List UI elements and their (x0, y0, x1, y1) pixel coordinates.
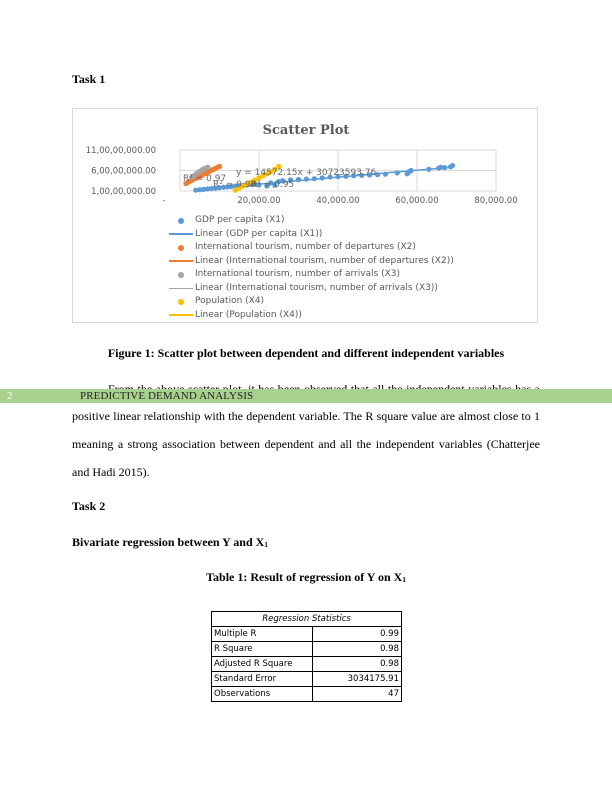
legend-label: Linear (GDP per capita (X1)) (195, 228, 322, 242)
legend-label: International tourism, number of arrival… (195, 268, 400, 282)
x-tick-label: 80,000.00 (474, 196, 517, 206)
legend-item: GDP per capita (X1) (169, 214, 454, 228)
x-tick-label: - (162, 196, 165, 206)
table-row: Adjusted R Square0.98 (212, 657, 402, 672)
data-point (395, 170, 400, 175)
task1-heading: Task 1 (72, 72, 105, 87)
table-row: Multiple R0.99 (212, 627, 402, 642)
line-swatch-icon (169, 309, 193, 322)
figure-caption: Figure 1: Scatter plot between dependent… (0, 346, 612, 361)
running-head: PREDICTIVE DEMAND ANALYSIS (80, 389, 253, 403)
stat-label: Standard Error (212, 672, 313, 687)
paragraph-line-3: meaning a strong association between dep… (72, 437, 540, 452)
stat-value: 0.98 (313, 642, 402, 657)
stat-label: Adjusted R Square (212, 657, 313, 672)
stat-value: 0.98 (313, 657, 402, 672)
table-row: Observations47 (212, 687, 402, 702)
y-tick-label: 1,00,00,000.00 (91, 187, 156, 197)
data-point (426, 167, 431, 172)
trendline-equation-label: R² = 0.95 (251, 180, 294, 190)
table-row: R Square0.98 (212, 642, 402, 657)
line-swatch-icon (169, 282, 193, 295)
legend-label: International tourism, number of departu… (195, 241, 416, 255)
chart-plot-area: Scatter Plot-20,000.0040,000.0060,000.00… (73, 109, 539, 209)
data-point (383, 172, 388, 177)
stat-label: Observations (212, 687, 313, 702)
stat-value: 47 (313, 687, 402, 702)
paragraph-line-4: and Hadi 2015). (72, 465, 540, 480)
marker-swatch-icon (169, 268, 193, 281)
table-title: Regression Statistics (212, 612, 402, 627)
line-swatch-icon (169, 228, 193, 241)
legend-label: Population (X4) (195, 295, 264, 309)
data-point (408, 168, 413, 173)
x-tick-label: 40,000.00 (316, 196, 359, 206)
legend-label: Linear (Population (X4)) (195, 309, 302, 323)
stat-label: Multiple R (212, 627, 313, 642)
legend-item: Population (X4) (169, 295, 454, 309)
data-point (450, 163, 455, 168)
x-tick-label: 20,000.00 (237, 196, 280, 206)
stat-value: 0.99 (313, 627, 402, 642)
stat-label: R Square (212, 642, 313, 657)
data-point (442, 165, 447, 170)
marker-swatch-icon (169, 241, 193, 254)
legend-label: Linear (International tourism, number of… (195, 255, 454, 269)
table-row: Standard Error3034175.91 (212, 672, 402, 687)
chart-legend: GDP per capita (X1)Linear (GDP per capit… (169, 214, 454, 322)
table-caption: Table 1: Result of regression of Y on X1 (0, 570, 612, 585)
marker-swatch-icon (169, 214, 193, 227)
page-number: 2 (7, 389, 13, 403)
y-tick-label: 11,00,00,000.00 (86, 146, 156, 156)
bivariate-heading: Bivariate regression between Y and X1 (72, 535, 268, 550)
data-point (205, 165, 210, 170)
legend-item: International tourism, number of arrival… (169, 268, 454, 282)
paragraph-line-2: positive linear relationship with the de… (72, 409, 540, 424)
legend-label: GDP per capita (X1) (195, 214, 285, 228)
trendline-equation-label: R² = 0.98 (213, 180, 256, 190)
marker-swatch-icon (169, 295, 193, 308)
legend-label: Linear (International tourism, number of… (195, 282, 438, 296)
legend-item: Linear (GDP per capita (X1)) (169, 228, 454, 242)
legend-item: Linear (International tourism, number of… (169, 282, 454, 296)
data-point (217, 164, 222, 169)
chart-title: Scatter Plot (263, 123, 350, 138)
table-title-row: Regression Statistics (212, 612, 402, 627)
legend-item: Linear (International tourism, number of… (169, 255, 454, 269)
line-swatch-icon (169, 255, 193, 268)
x-tick-label: 60,000.00 (395, 196, 438, 206)
scatter-chart: Scatter Plot-20,000.0040,000.0060,000.00… (72, 108, 538, 323)
task2-heading: Task 2 (72, 499, 105, 514)
y-tick-label: 6,00,00,000.00 (91, 167, 156, 177)
legend-item: International tourism, number of departu… (169, 241, 454, 255)
regression-statistics-table: Regression Statistics Multiple R0.99R Sq… (211, 611, 402, 702)
stat-value: 3034175.91 (313, 672, 402, 687)
legend-item: Linear (Population (X4)) (169, 309, 454, 323)
trendline-equation-label: y = 14572.15x + 30723593.76 (236, 168, 377, 178)
